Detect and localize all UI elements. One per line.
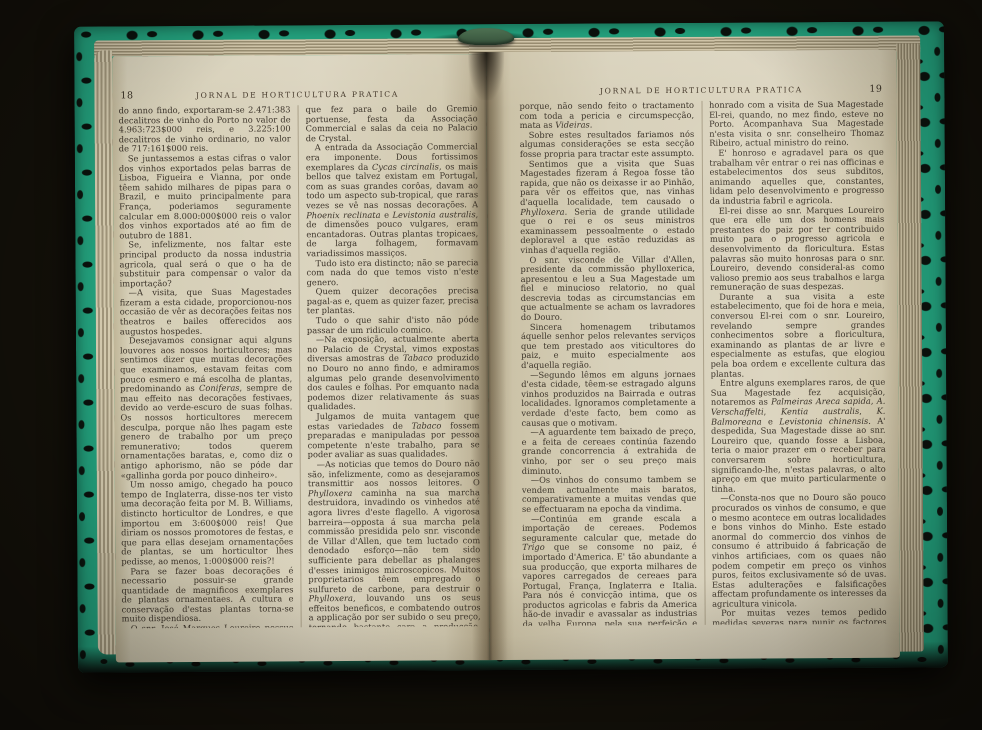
paragraph: Se juntassemos a estas cifras o valor do…: [119, 153, 292, 240]
paragraph: O snr. José Marques Loureiro possue no s…: [122, 623, 294, 628]
photo-background: 18 JORNAL DE HORTICULTURA PRATICA do ann…: [0, 0, 982, 730]
text-column: porque, não sendo feito o tractamento co…: [520, 101, 698, 626]
paragraph: Tudo isto era distincto; não se parecia …: [306, 258, 478, 288]
right-page: JORNAL DE HORTICULTURA PRATICA 19 porque…: [486, 50, 900, 660]
paragraph: —A visita, que Suas Magestades fizeram a…: [120, 288, 292, 337]
paragraph: Desejavamos consignar aqui alguns louvor…: [120, 336, 293, 481]
paragraph: —Segundo lêmos em alguns jornaes d'esta …: [521, 369, 696, 428]
running-title: JORNAL DE HORTICULTURA PRATICA: [600, 85, 803, 95]
paragraph: —Consta-nos que no Douro são pouco procu…: [711, 493, 886, 609]
paragraph: Sentimos que a visita que Suas Magestade…: [520, 158, 695, 255]
left-page-columns: do anno findo, exportaram-se 2.471:383 d…: [119, 104, 481, 628]
column-divider: [701, 101, 705, 625]
paragraph: porque, não sendo feito o tractamento co…: [520, 101, 695, 131]
left-page-header: 18 JORNAL DE HORTICULTURA PRATICA: [120, 88, 474, 101]
paragraph: E' honroso e agradavel para os que traba…: [709, 148, 884, 207]
page-number: 19: [869, 84, 882, 95]
page-edges-right: [896, 43, 924, 651]
paragraph: Um nosso amigo, chegado ha pouco tempo d…: [121, 479, 294, 566]
paragraph: Sincera homenagem tributamos áquelle sen…: [521, 322, 696, 371]
paragraph: Para se fazer boas decorações é necessar…: [121, 566, 293, 625]
paragraph: —Continúa em grande escala a importação …: [522, 513, 697, 626]
paragraph: Sobre estes resultados fariamos nós algu…: [520, 130, 695, 160]
paragraph: Quem quizer decorações precisa pagal-as …: [307, 286, 479, 316]
page-number: 18: [120, 90, 133, 101]
paragraph: —Os vinhos do consumo tambem se vendem a…: [522, 475, 697, 514]
paragraph: —As noticias que temos do Douro não são,…: [308, 459, 481, 627]
text-column: do anno findo, exportaram-se 2.471:383 d…: [119, 105, 294, 628]
paragraph: Tudo o que sahir d'isto não póde passar …: [307, 315, 479, 335]
running-title: JORNAL DE HORTICULTURA PRATICA: [196, 90, 399, 100]
paragraph: Por muitas vezes temos pedido medidas se…: [712, 608, 887, 625]
paragraph: Entre alguns exemplares raros, de que Su…: [711, 378, 886, 494]
paragraph: —Na exposição, actualmente aberta no Pal…: [307, 334, 479, 412]
left-page: 18 JORNAL DE HORTICULTURA PRATICA do ann…: [112, 54, 490, 662]
right-page-header: JORNAL DE HORTICULTURA PRATICA 19: [520, 84, 882, 97]
spine-headband: [458, 28, 514, 45]
paragraph: El-rei disse ao snr. Marques Loureiro qu…: [710, 205, 885, 292]
paragraph: honrado com a visita de Sua Magestade El…: [709, 100, 884, 149]
paragraph: Durante a sua visita a este estabelecime…: [710, 292, 885, 379]
text-column: que fez para o baile do Gremio portuense…: [306, 104, 481, 627]
paragraph: —A aguardente tem baixado de preço, e a …: [521, 427, 696, 476]
paragraph: que fez para o baile do Gremio portuense…: [306, 104, 478, 143]
paragraph: Julgamos de muita vantagem que estas var…: [307, 411, 479, 460]
paragraph: A entrada da Associação Commercial era i…: [306, 143, 479, 259]
open-book: 18 JORNAL DE HORTICULTURA PRATICA do ann…: [74, 21, 948, 672]
text-column: honrado com a visita de Sua Magestade El…: [709, 100, 887, 625]
paragraph: O snr. visconde de Villar d'Allen, presi…: [520, 254, 695, 322]
column-divider: [298, 105, 302, 627]
paragraph: Se, infelizmente, nos faltar este princi…: [119, 240, 291, 289]
paragraph: do anno findo, exportaram-se 2.471:383 d…: [119, 105, 291, 154]
right-page-columns: porque, não sendo feito o tractamento co…: [520, 100, 887, 626]
